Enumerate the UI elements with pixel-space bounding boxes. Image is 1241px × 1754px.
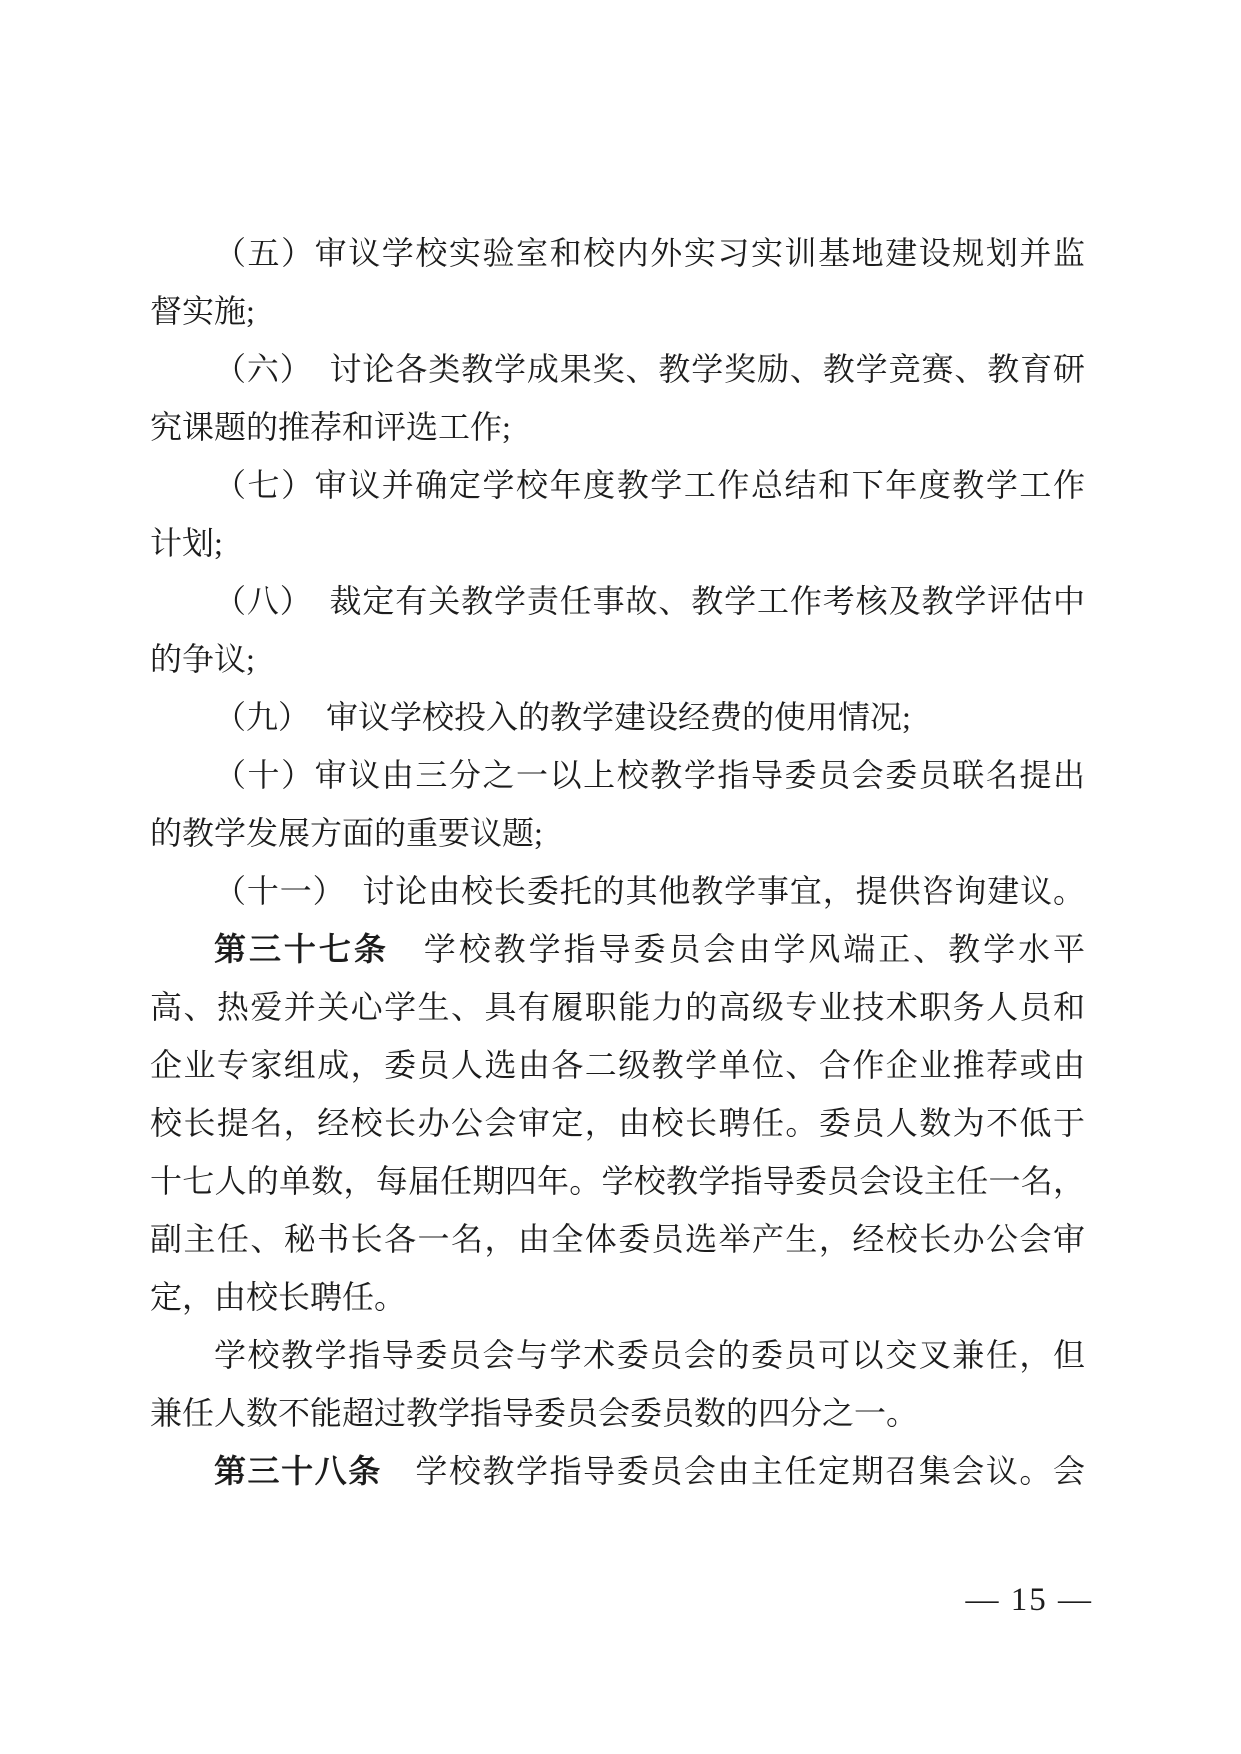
line-text: （八） 裁定有关教学责任事故、教学工作考核及教学评估中 (214, 583, 1085, 619)
document-line: 第三十八条 学校教学指导委员会由主任定期召集会议。会 (150, 1442, 1085, 1500)
document-line: 副主任、秘书长各一名，由全体委员选举产生，经校长办公会审 (150, 1210, 1085, 1268)
line-text: 计划; (150, 525, 223, 561)
article-number: 第三十七条 (214, 931, 389, 967)
line-text: 的争议; (150, 641, 255, 677)
line-text: 定，由校长聘任。 (150, 1279, 406, 1315)
line-text: （九） 审议学校投入的教学建设经费的使用情况; (214, 699, 911, 735)
line-text: 副主任、秘书长各一名，由全体委员选举产生，经校长办公会审 (150, 1221, 1085, 1257)
document-line: （九） 审议学校投入的教学建设经费的使用情况; (150, 688, 1085, 746)
document-text-block: （五）审议学校实验室和校内外实习实训基地建设规划并监督实施;（六） 讨论各类教学… (150, 224, 1085, 1500)
line-text: （五）审议学校实验室和校内外实习实训基地建设规划并监 (214, 235, 1085, 271)
document-line: 督实施; (150, 282, 1085, 340)
document-line: 的教学发展方面的重要议题; (150, 804, 1085, 862)
line-text: 校长提名，经校长办公会审定，由校长聘任。委员人数为不低于 (150, 1105, 1085, 1141)
document-line: 的争议; (150, 630, 1085, 688)
document-line: 第三十七条 学校教学指导委员会由学风端正、教学水平 (150, 920, 1085, 978)
document-line: （十一） 讨论由校长委托的其他教学事宜，提供咨询建议。 (150, 862, 1085, 920)
line-text: （七）审议并确定学校年度教学工作总结和下年度教学工作 (214, 467, 1085, 503)
article-number: 第三十八条 (214, 1453, 382, 1489)
line-text: 的教学发展方面的重要议题; (150, 815, 543, 851)
document-line: （六） 讨论各类教学成果奖、教学奖励、教学竞赛、教育研 (150, 340, 1085, 398)
document-line: （五）审议学校实验室和校内外实习实训基地建设规划并监 (150, 224, 1085, 282)
line-text: 学校教学指导委员会由学风端正、教学水平 (389, 931, 1085, 967)
document-line: （八） 裁定有关教学责任事故、教学工作考核及教学评估中 (150, 572, 1085, 630)
line-text: 企业专家组成，委员人选由各二级教学单位、合作企业推荐或由 (150, 1047, 1085, 1083)
line-text: 学校教学指导委员会与学术委员会的委员可以交叉兼任，但 (214, 1337, 1085, 1373)
line-text: 学校教学指导委员会由主任定期召集会议。会 (382, 1453, 1085, 1489)
line-text: 十七人的单数，每届任期四年。学校教学指导委员会设主任一名， (150, 1163, 1085, 1199)
document-line: （七）审议并确定学校年度教学工作总结和下年度教学工作 (150, 456, 1085, 514)
document-line: 企业专家组成，委员人选由各二级教学单位、合作企业推荐或由 (150, 1036, 1085, 1094)
document-line: （十）审议由三分之一以上校教学指导委员会委员联名提出 (150, 746, 1085, 804)
document-line: 究课题的推荐和评选工作; (150, 398, 1085, 456)
document-line: 定，由校长聘任。 (150, 1268, 1085, 1326)
document-line: 高、热爱并关心学生、具有履职能力的高级专业技术职务人员和 (150, 978, 1085, 1036)
line-text: （六） 讨论各类教学成果奖、教学奖励、教学竞赛、教育研 (214, 351, 1085, 387)
document-page: （五）审议学校实验室和校内外实习实训基地建设规划并监督实施;（六） 讨论各类教学… (0, 0, 1241, 1754)
line-text: 究课题的推荐和评选工作; (150, 409, 511, 445)
line-text: 兼任人数不能超过教学指导委员会委员数的四分之一。 (150, 1395, 918, 1431)
page-number: — 15 — (966, 1578, 1094, 1622)
document-line: 校长提名，经校长办公会审定，由校长聘任。委员人数为不低于 (150, 1094, 1085, 1152)
line-text: 高、热爱并关心学生、具有履职能力的高级专业技术职务人员和 (150, 989, 1085, 1025)
document-line: 兼任人数不能超过教学指导委员会委员数的四分之一。 (150, 1384, 1085, 1442)
line-text: （十一） 讨论由校长委托的其他教学事宜，提供咨询建议。 (214, 873, 1085, 909)
document-line: 计划; (150, 514, 1085, 572)
line-text: 督实施; (150, 293, 255, 329)
document-line: 学校教学指导委员会与学术委员会的委员可以交叉兼任，但 (150, 1326, 1085, 1384)
document-line: 十七人的单数，每届任期四年。学校教学指导委员会设主任一名， (150, 1152, 1085, 1210)
line-text: （十）审议由三分之一以上校教学指导委员会委员联名提出 (214, 757, 1085, 793)
